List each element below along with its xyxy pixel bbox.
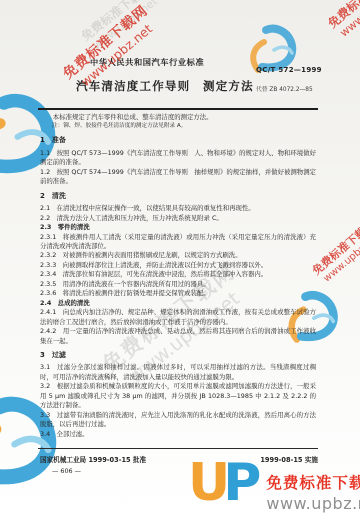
paragraph: 2.3 零件的清洗 xyxy=(40,223,316,232)
paragraph: 2.3.4 清洗部位如有油泥层，可先在清洗液中浸泡，然后将其全部冲入容器内。 xyxy=(40,270,316,279)
page-number: — 606 — xyxy=(52,467,81,475)
footer-rule xyxy=(38,448,318,449)
standard-code: QC/T 572—1999 xyxy=(256,66,322,74)
watermark-upbz-red-topright: 免费标准下载网 www.upbz.net xyxy=(303,0,360,59)
paragraph: 3.2 根据过滤杂质和机械杂质颗粒度的大小，可采用单片滤膜或滤网加滤膜的方法进行… xyxy=(40,382,316,410)
paragraph: 本标准规定了汽车零件和总成、整车清洁度的测定方法。 xyxy=(40,113,316,122)
section-heading: 2 清洗 xyxy=(40,192,316,201)
document-body: 本标准规定了汽车零件和总成、整车清洁度的测定方法。注：铆、焊、胶接件毛坯清洁度的… xyxy=(40,113,316,439)
paragraph: 注：铆、焊、胶接件毛坯清洁度的测定方法见附录 A。 xyxy=(40,122,316,131)
approval-text: 国家机械工业局 1999-03-15 批准 xyxy=(40,454,146,464)
watermark-site-url: www.upbz.net xyxy=(314,0,360,59)
paragraph: 2.3.6 将清洗后的被测件进行防锈处理并提交保管或装配。 xyxy=(40,289,316,298)
watermark-site-name: 免费标准下载网 xyxy=(266,471,360,493)
paragraph: 2.3.5 用清净的清洗液在一个容器内清洗所有用过的器具。 xyxy=(40,280,316,289)
paragraph: 3.3 过滤带有油渍脂的清洗液时，应先注入用洗涤剂的乳化水配成的洗涤液，然后用离… xyxy=(40,411,316,430)
paragraph: 1.2 按照 QC/T 574—1999《汽车清洁度工作导则 抽样规则》的规定抽… xyxy=(40,168,316,187)
paragraph: 2.3.1 将被测件用人工清洗（采用定量的清洗液）或用压力冲洗（采用定量定压力的… xyxy=(40,233,316,252)
scanned-standard-page: 免费标准下载网 www.upbz.net 免费标准下载网 www.upbz.ne… xyxy=(0,0,360,513)
paragraph: 2.1 在清洗过程中应保证操作一致，以使结果具有较高的重复性和再现性。 xyxy=(40,204,316,213)
section-heading: 1 准备 xyxy=(40,136,316,145)
paragraph: 3.1 过滤分全部过滤和抽样过滤。因液体过多时，可以采用抽样过滤的方法。当残渣稠… xyxy=(40,363,316,382)
paragraph: 2.4 总成的清洗 xyxy=(40,299,316,308)
paragraph: 2.2 清洗方法分人工清洗和压力冲洗，压力冲洗系统见附录 C。 xyxy=(40,214,316,223)
page-title: 汽车清洁度工作导则 测定方法 xyxy=(76,78,254,94)
paragraph: 2.4.1 向总成内加注洁净的、规定品种、规定体积的润滑油或工作液，按有关总成或… xyxy=(40,308,316,327)
watermark-site-url: www.upbz.net xyxy=(266,494,360,513)
standard-org-line: 中华人民共和国汽车行业标准 xyxy=(90,57,204,68)
paragraph: 2.3.2 对被测件的被测内表面用猪鬃刷或尼龙刷，以规定的方式刷洗。 xyxy=(40,251,316,260)
paragraph: 1.1 按照 QC/T 573—1999《汽车清洁度工作导则 人、物和环境》的规… xyxy=(40,149,316,168)
up-logo-letter-p: P xyxy=(223,462,261,505)
watermark-site-name: 免费标准下载网 xyxy=(303,0,360,50)
header-rule xyxy=(38,108,318,110)
up-logo-text: 免费标准下载网 www.upbz.net xyxy=(266,471,360,513)
paragraph: 2.3.3 向被测取样部位注上清洗液，并防止清洗液以任何方式飞溅到容器以外。 xyxy=(40,261,316,270)
standard-replaces: 代替 ZB 4072.2—85 xyxy=(256,84,313,93)
section-heading: 3 过滤 xyxy=(40,351,316,360)
paragraph: 2.4.2 用一定量的洁净的清洗液冲洗总成、晃动总成，然后将其连同磨合后的润滑油… xyxy=(40,327,316,346)
upbz-logo: U P 免费标准下载网 www.upbz.net xyxy=(188,462,360,513)
paragraph: 3.4 全部过滤。 xyxy=(40,430,316,439)
